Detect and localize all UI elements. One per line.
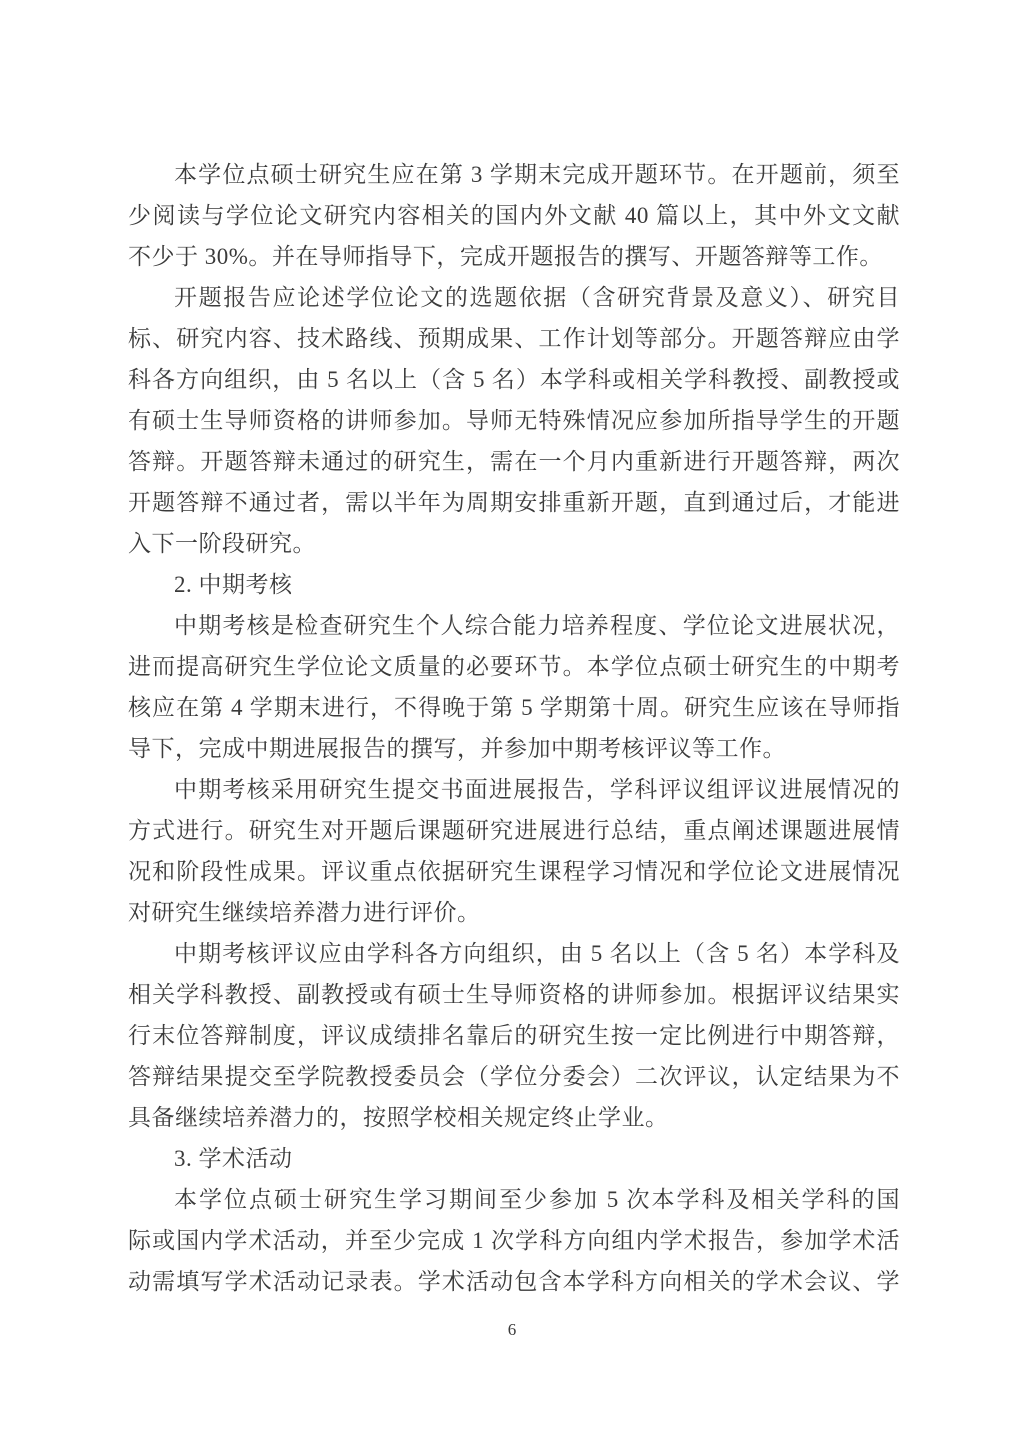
text-line: 本学位点硕士研究生学习期间至少参加 5 次本学科及相关学科的国 — [128, 1179, 900, 1220]
text-line: 动需填写学术活动记录表。学术活动包含本学科方向相关的学术会议、学 — [128, 1261, 900, 1302]
text-line: 少阅读与学位论文研究内容相关的国内外文献 40 篇以上，其中外文文献 — [128, 195, 900, 236]
text-line: 况和阶段性成果。评议重点依据研究生课程学习情况和学位论文进展情况 — [128, 851, 900, 892]
text-line: 导下，完成中期进展报告的撰写，并参加中期考核评议等工作。 — [128, 728, 900, 769]
text-line: 答辩结果提交至学院教授委员会（学位分委会）二次评议，认定结果为不 — [128, 1056, 900, 1097]
text-line: 相关学科教授、副教授或有硕士生导师资格的讲师参加。根据评议结果实 — [128, 974, 900, 1015]
text-line: 方式进行。研究生对开题后课题研究进展进行总结，重点阐述课题进展情 — [128, 810, 900, 851]
text-line: 有硕士生导师资格的讲师参加。导师无特殊情况应参加所指导学生的开题 — [128, 400, 900, 441]
text-line: 科各方向组织，由 5 名以上（含 5 名）本学科或相关学科教授、副教授或 — [128, 359, 900, 400]
text-line: 中期考核是检查研究生个人综合能力培养程度、学位论文进展状况， — [128, 605, 900, 646]
section-heading: 2. 中期考核 — [128, 564, 900, 605]
text-line: 入下一阶段研究。 — [128, 523, 900, 564]
document-body: 本学位点硕士研究生应在第 3 学期末完成开题环节。在开题前，须至少阅读与学位论文… — [128, 154, 900, 1302]
text-line: 对研究生继续培养潜力进行评价。 — [128, 892, 900, 933]
section-heading: 3. 学术活动 — [128, 1138, 900, 1179]
document-page: { "page": { "number": "6", "background_c… — [0, 0, 1024, 1448]
text-line: 答辩。开题答辩未通过的研究生，需在一个月内重新进行开题答辩，两次 — [128, 441, 900, 482]
text-line: 开题答辩不通过者，需以半年为周期安排重新开题，直到通过后，才能进 — [128, 482, 900, 523]
page-number: 6 — [0, 1318, 1024, 1342]
text-line: 不少于 30%。并在导师指导下，完成开题报告的撰写、开题答辩等工作。 — [128, 236, 900, 277]
text-line: 核应在第 4 学期末进行，不得晚于第 5 学期第十周。研究生应该在导师指 — [128, 687, 900, 728]
page-background: 本学位点硕士研究生应在第 3 学期末完成开题环节。在开题前，须至少阅读与学位论文… — [0, 0, 1024, 1448]
text-line: 进而提高研究生学位论文质量的必要环节。本学位点硕士研究生的中期考 — [128, 646, 900, 687]
text-line: 际或国内学术活动，并至少完成 1 次学科方向组内学术报告，参加学术活 — [128, 1220, 900, 1261]
text-line: 中期考核采用研究生提交书面进展报告，学科评议组评议进展情况的 — [128, 769, 900, 810]
text-line: 中期考核评议应由学科各方向组织，由 5 名以上（含 5 名）本学科及 — [128, 933, 900, 974]
text-line: 本学位点硕士研究生应在第 3 学期末完成开题环节。在开题前，须至 — [128, 154, 900, 195]
text-line: 行末位答辩制度，评议成绩排名靠后的研究生按一定比例进行中期答辩， — [128, 1015, 900, 1056]
text-line: 标、研究内容、技术路线、预期成果、工作计划等部分。开题答辩应由学 — [128, 318, 900, 359]
text-line: 开题报告应论述学位论文的选题依据（含研究背景及意义）、研究目 — [128, 277, 900, 318]
text-line: 具备继续培养潜力的，按照学校相关规定终止学业。 — [128, 1097, 900, 1138]
